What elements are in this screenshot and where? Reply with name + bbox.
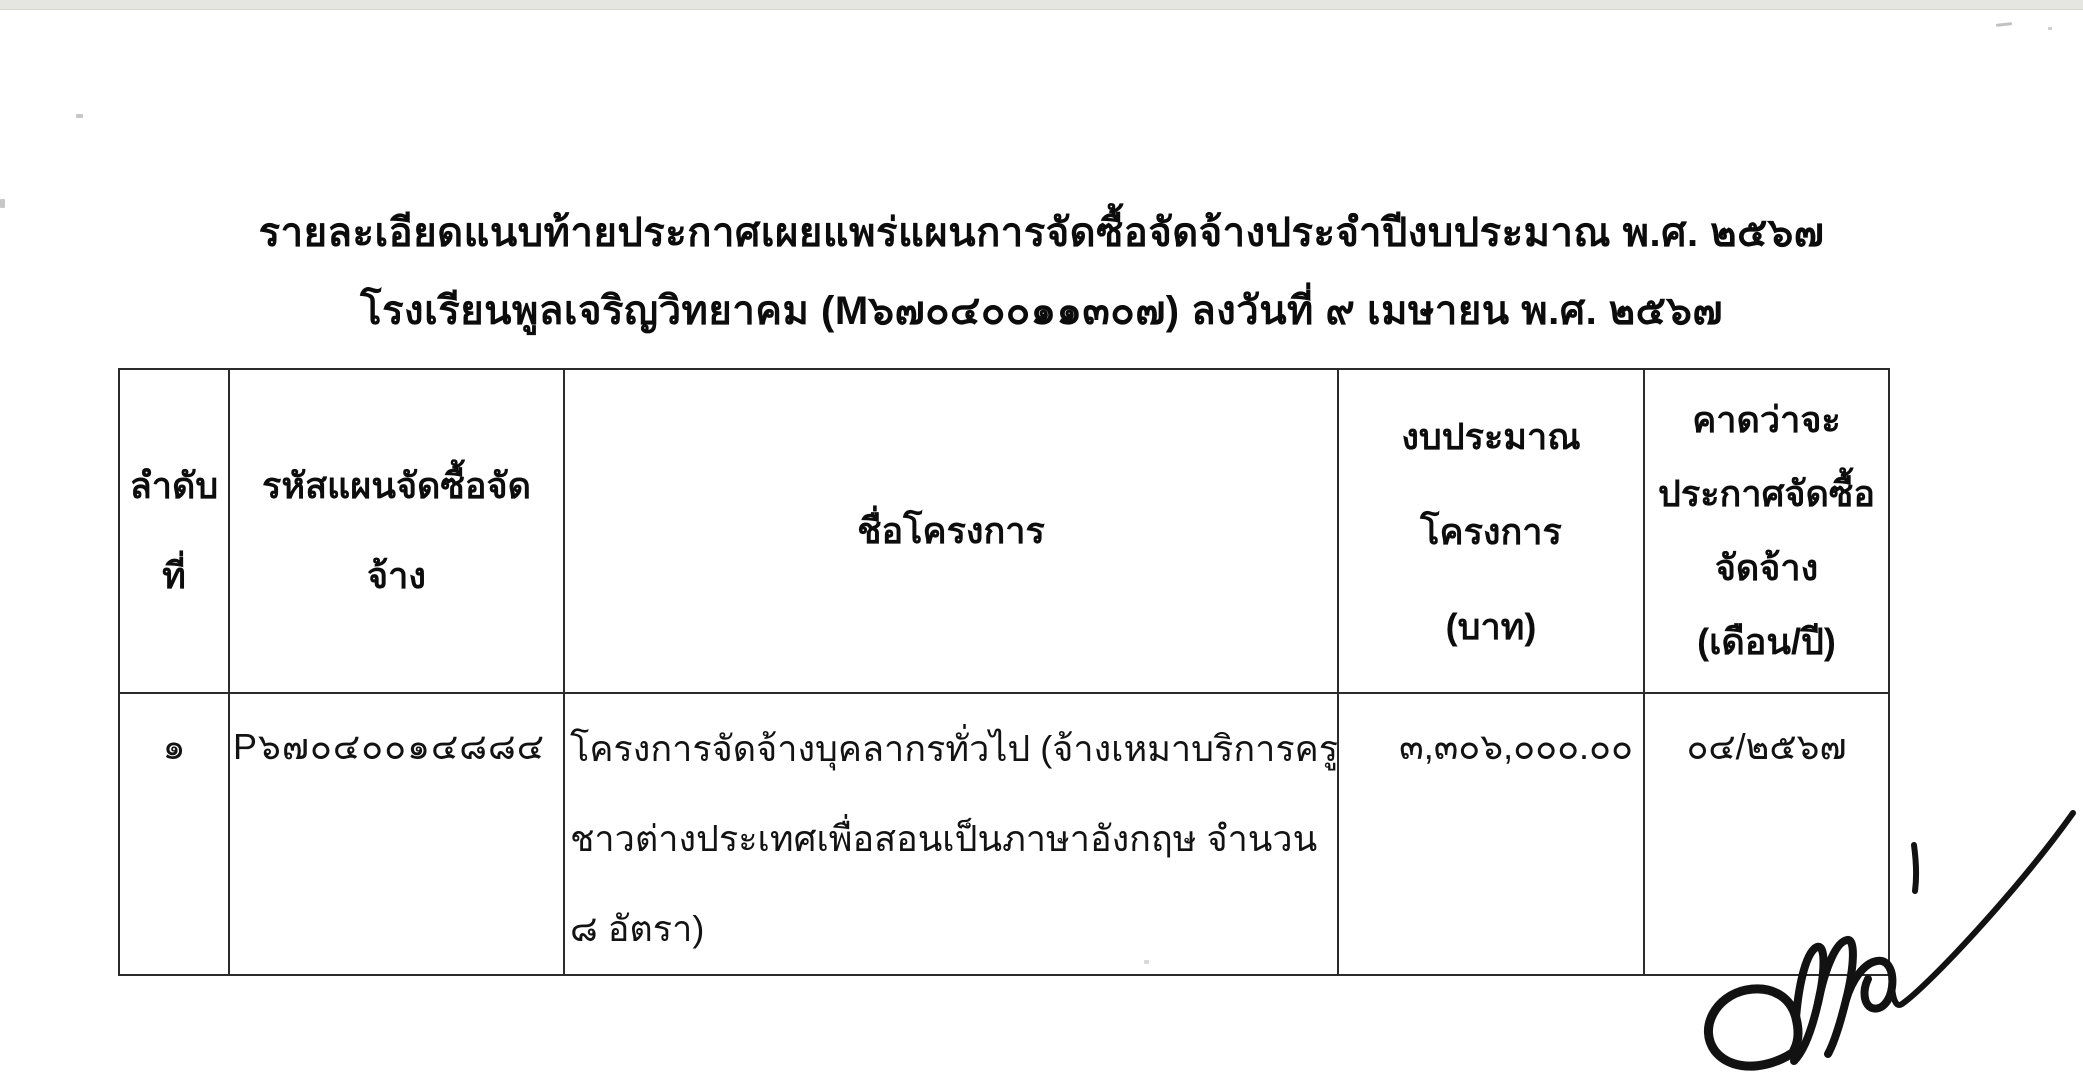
project-name-line: ๘ อัตรา) — [570, 884, 1333, 974]
scanner-edge-bar — [0, 0, 2083, 10]
header-line: (บาท) — [1339, 579, 1643, 674]
header-line: (เดือน/ปี) — [1645, 605, 1888, 679]
header-line: งบประมาณ — [1339, 389, 1643, 484]
header-line: ที่ — [120, 531, 228, 621]
header-line: โครงการ — [1339, 484, 1643, 579]
header-sequence-no: ลำดับ ที่ — [119, 369, 229, 693]
scan-speck — [1144, 960, 1149, 964]
scan-speck — [1996, 22, 2012, 27]
header-line: ชื่อโครงการ — [565, 486, 1337, 576]
header-line: จัดจ้าง — [1645, 531, 1888, 605]
header-line: จ้าง — [230, 531, 563, 621]
table-header-row: ลำดับ ที่ รหัสแผนจัดซื้อจัด จ้าง ชื่อโคร… — [119, 369, 1889, 693]
project-name-line: โครงการจัดจ้างบุคลากรทั่วไป (จ้างเหมาบริ… — [570, 704, 1333, 794]
header-line: คาดว่าจะ — [1645, 383, 1888, 457]
header-line: ลำดับ — [120, 441, 228, 531]
cell-budget: ๓,๓๐๖,๐๐๐.๐๐ — [1338, 693, 1644, 975]
header-budget: งบประมาณ โครงการ (บาท) — [1338, 369, 1644, 693]
header-line: ประกาศจัดซื้อ — [1645, 457, 1888, 531]
handwritten-signature-icon — [1683, 795, 2083, 1080]
cell-sequence-no: ๑ — [119, 693, 229, 975]
project-name-line: ชาวต่างประเทศเพื่อสอนเป็นภาษาอังกฤษ จำนว… — [570, 794, 1333, 884]
scan-speck — [0, 199, 5, 208]
cell-project-name: โครงการจัดจ้างบุคลากรทั่วไป (จ้างเหมาบริ… — [564, 693, 1338, 975]
scan-speck — [76, 114, 83, 118]
header-plan-code: รหัสแผนจัดซื้อจัด จ้าง — [229, 369, 564, 693]
header-line: รหัสแผนจัดซื้อจัด — [230, 441, 563, 531]
document-title-line1: รายละเอียดแนบท้ายประกาศเผยแพร่แผนการจัดซ… — [0, 203, 2083, 263]
cell-plan-code: P๖๗๐๔๐๐๑๔๘๘๔ — [229, 693, 564, 975]
document-title-line2: โรงเรียนพูลเจริญวิทยาคม (M๖๗๐๔๐๐๑๑๓๐๗) ล… — [0, 281, 2083, 341]
header-announce-date: คาดว่าจะ ประกาศจัดซื้อ จัดจ้าง (เดือน/ปี… — [1644, 369, 1889, 693]
procurement-plan-table: ลำดับ ที่ รหัสแผนจัดซื้อจัด จ้าง ชื่อโคร… — [118, 368, 1890, 976]
table-row: ๑ P๖๗๐๔๐๐๑๔๘๘๔ โครงการจัดจ้างบุคลากรทั่ว… — [119, 693, 1889, 975]
scan-speck — [2048, 27, 2052, 30]
header-project-name: ชื่อโครงการ — [564, 369, 1338, 693]
